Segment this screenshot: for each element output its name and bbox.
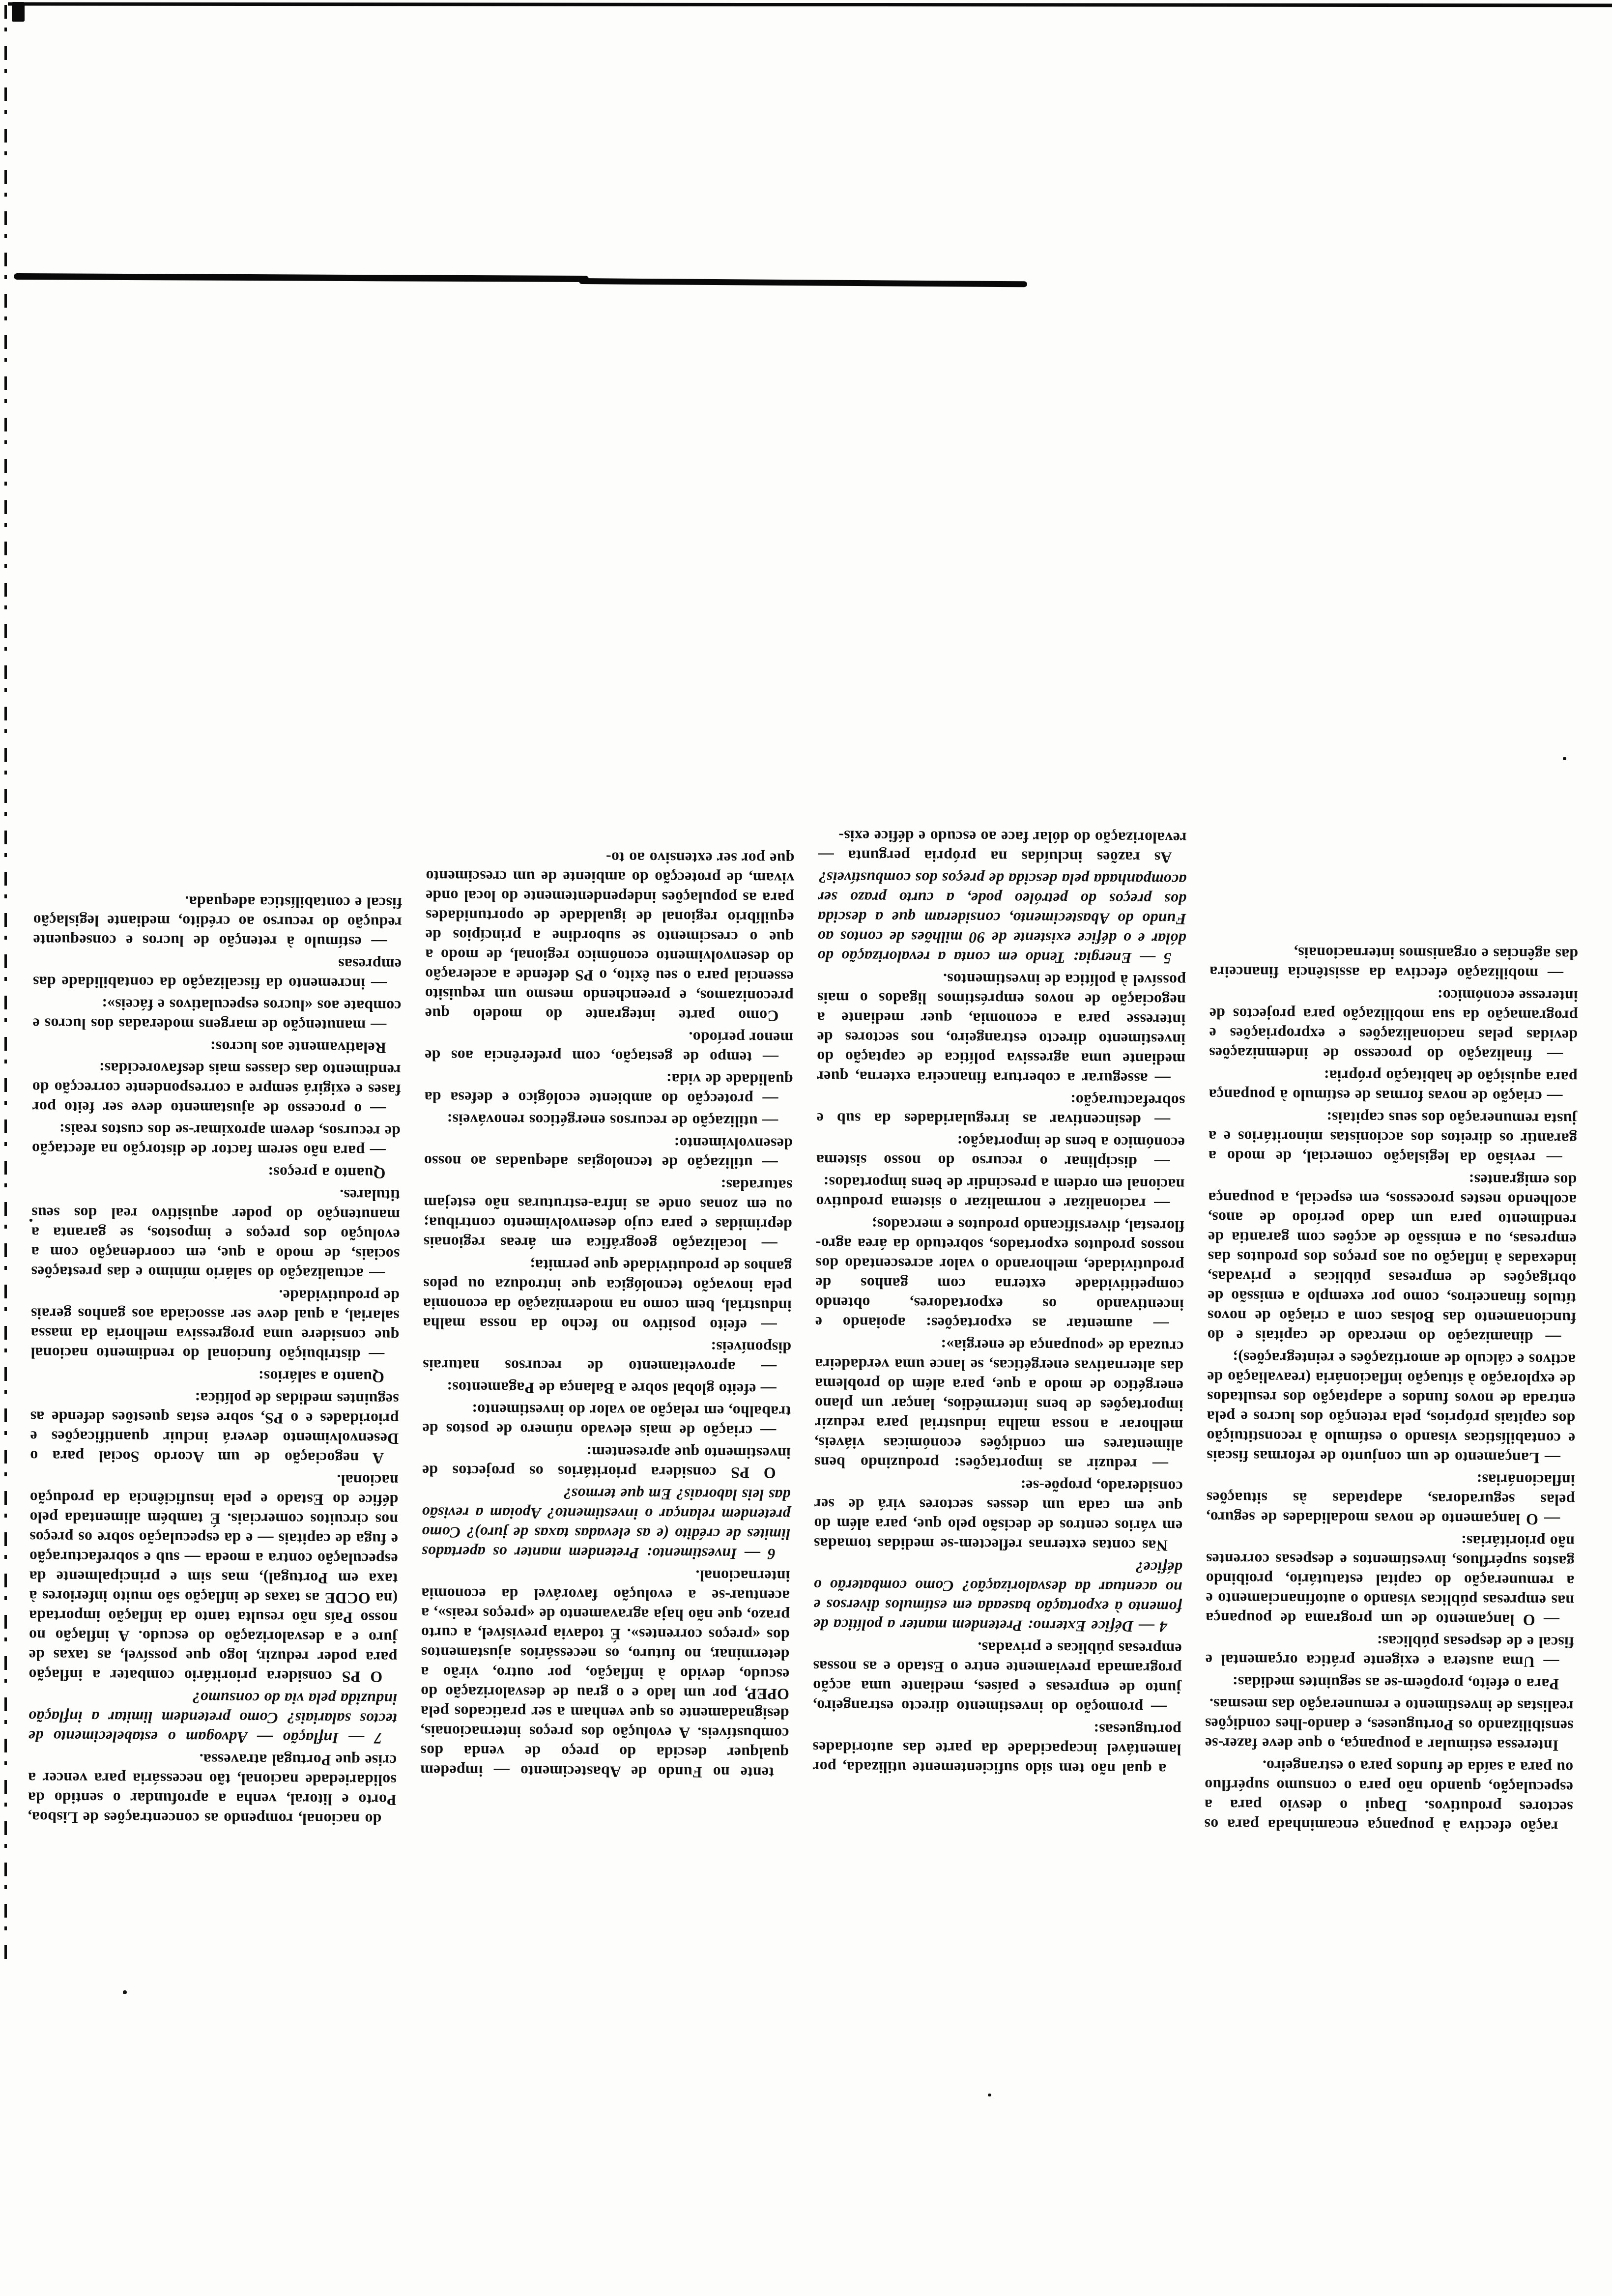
body-paragraph: — incremento da fiscalização da contabil… [33, 952, 402, 994]
body-paragraph: — Lançamento de um conjunto de reformas … [1207, 1348, 1576, 1468]
body-paragraph: Nas contas externas reflectem-se medidas… [814, 1475, 1183, 1556]
body-paragraph: — dinamização do mercado de capitais e d… [1207, 1169, 1577, 1348]
body-paragraph: — efeito positivo no fecho da nossa malh… [423, 1255, 792, 1336]
body-paragraph: Interessa estimular a poupança, o que de… [1205, 1694, 1574, 1756]
body-paragraph: — criação de mais elevado número de post… [422, 1400, 791, 1441]
body-paragraph: Como parte integrante do modelo que prec… [425, 847, 794, 1026]
scan-left-edge-line [4, 5, 7, 1961]
body-paragraph: — localização geográfica em áreas region… [423, 1174, 792, 1255]
body-paragraph: — desincentivar as irregularidades da su… [816, 1089, 1185, 1131]
article-column-1: ração efectiva à poupança encaminhada pa… [1204, 272, 1582, 1837]
body-paragraph: — O lançamento de novas modalidades de s… [1206, 1468, 1575, 1530]
body-paragraph: — utilização de recursos energéticos ren… [424, 1110, 793, 1132]
body-paragraph: Quanto a preços: [31, 1161, 400, 1183]
body-paragraph: — aumentar as exportações: apoiando e in… [815, 1214, 1184, 1335]
question-paragraph: 7 — Inflação — Advogam o estabelecimento… [28, 1687, 397, 1749]
body-paragraph: As razões incluídas na própria pergunta … [818, 826, 1186, 868]
scan-corner-mark [12, 2, 25, 22]
body-paragraph: — o processo de ajustamento deve ser fei… [32, 1058, 401, 1119]
question-paragraph: 5 — Energia: Tendo em conta a revaloriza… [817, 868, 1186, 969]
scan-top-edge-line [8, 2, 1612, 7]
article-column-2: a qual não tem sido suficientemente util… [812, 269, 1190, 1835]
body-paragraph: do nacional, rompendo as concentrações d… [28, 1749, 397, 1830]
body-paragraph: Para o efeito, propõem-se as seguintes m… [1205, 1672, 1574, 1694]
body-paragraph: — revisão da legislação comercial, de mo… [1209, 1107, 1578, 1169]
body-paragraph: — manutenção de margens moderadas dos lu… [32, 994, 401, 1036]
body-paragraph: — utilização de tecnologias adequadas ao… [424, 1132, 792, 1174]
body-paragraph: A negociação de um Acordo Social para o … [30, 1387, 399, 1468]
body-paragraph: — actualização do salário mínimo e das p… [31, 1183, 400, 1284]
body-paragraph: a qual não tem sido suficientemente util… [812, 1718, 1181, 1779]
body-paragraph: — assegurar a cobertura financeira exter… [817, 969, 1186, 1089]
article-column-4: do nacional, rompendo as concentrações d… [28, 264, 405, 1830]
body-paragraph: Relativamente aos lucros: [32, 1036, 401, 1058]
body-paragraph: ração efectiva à poupança encaminhada pa… [1204, 1756, 1573, 1837]
question-paragraph: 6 — Investimento: Pretendem manter os ap… [422, 1483, 791, 1564]
body-paragraph: O PS considera prioritário combater a in… [29, 1468, 399, 1687]
body-paragraph: tente no Fundo de Abastecimento — impede… [420, 1564, 790, 1783]
question-paragraph: 4 — Défice Externo: Pretendem manter a p… [813, 1556, 1182, 1637]
body-paragraph: — protecção do ambiente ecológico e defe… [424, 1068, 793, 1110]
body-paragraph: O PS considera prioritários os projectos… [422, 1441, 791, 1483]
body-paragraph: Quanto a salários: [30, 1365, 399, 1387]
scan-noise-dot [123, 1990, 127, 1994]
body-paragraph: — O lançamento de um programa de poupanç… [1206, 1530, 1575, 1631]
body-paragraph: — distribuição funcional do rendimento n… [30, 1284, 400, 1365]
body-paragraph: — para não serem factor de distorção na … [32, 1119, 401, 1161]
body-paragraph: — racionalizar e normalizar o sistema pr… [816, 1173, 1184, 1214]
scan-noise-dot [988, 2094, 991, 2096]
body-paragraph: — reduzir as importações: produzindo ben… [814, 1335, 1184, 1475]
body-paragraph: — promoção do investimento directo estra… [813, 1637, 1182, 1718]
scanned-document-page: ração efectiva à poupança encaminhada pa… [0, 0, 1612, 2296]
body-paragraph: — efeito global sobre a Balança de Pagam… [423, 1378, 791, 1400]
body-paragraph: — Uma austera e exigente prática orçamen… [1205, 1631, 1574, 1672]
body-paragraph: — mobilização efectiva da assistência fi… [1209, 943, 1578, 984]
body-paragraph: — tempo de gestação, com preferência aos… [425, 1026, 793, 1068]
rotated-newspaper-article: ração efectiva à poupança encaminhada pa… [24, 264, 1586, 1837]
body-paragraph: — criação de novas formas de estímulo à … [1209, 1065, 1577, 1107]
body-paragraph: — estímulo à retenção de lucros e conseq… [33, 891, 402, 952]
body-paragraph: — aproveitamento de recursos naturais di… [423, 1336, 791, 1378]
article-column-3: tente no Fundo de Abastecimento — impede… [420, 267, 798, 1832]
body-paragraph: — finalização do processo de indemnizaçõ… [1209, 984, 1578, 1065]
body-paragraph: — disciplinar o recurso do nosso sistema… [816, 1131, 1185, 1173]
